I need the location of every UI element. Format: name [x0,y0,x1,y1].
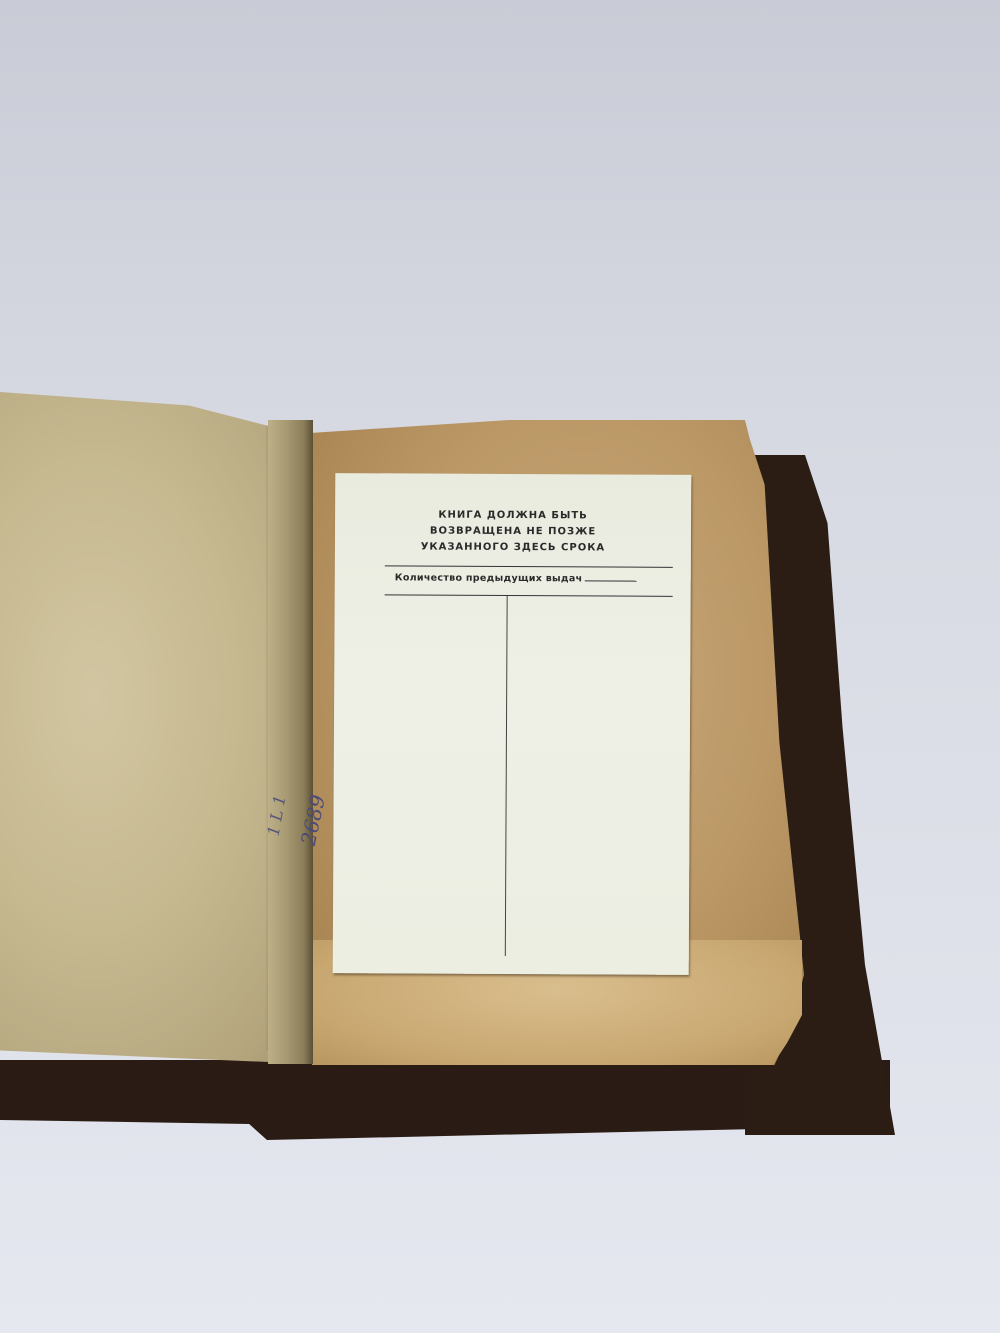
inventory-number: 2689 [294,783,332,856]
column-divider [505,596,508,956]
book-gutter [268,420,313,1064]
previous-loans-field: Количество предыдущих выдач [395,572,637,584]
divider-line [385,565,673,568]
previous-loans-label: Количество предыдущих выдач [395,572,583,584]
previous-loans-blank [584,580,636,581]
due-date-slip: КНИГА ДОЛЖНА БЫТЬ ВОЗВРАЩЕНА НЕ ПОЗЖЕ УК… [333,473,692,975]
divider-line [385,594,673,597]
handwritten-inventory-number: 1 L 1 2689 [278,780,338,860]
slip-title: КНИГА ДОЛЖНА БЫТЬ ВОЗВРАЩЕНА НЕ ПОЗЖЕ УК… [335,507,691,557]
